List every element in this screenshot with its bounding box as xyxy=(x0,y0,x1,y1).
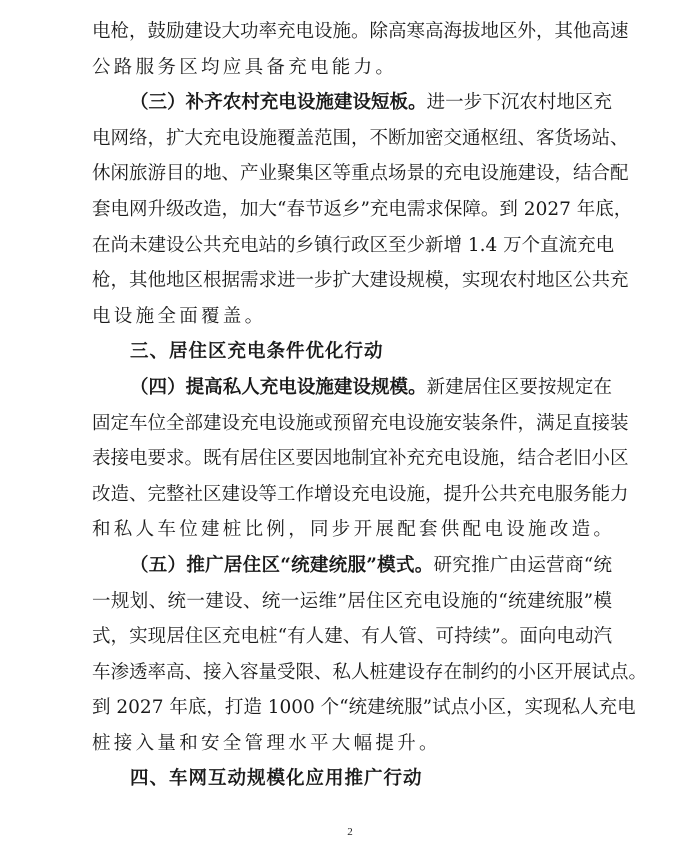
document-page: 电枪，鼓励建设大功率充电设施。除高寒高海拔地区外，其他高速 公路服务区均应具备充… xyxy=(92,14,612,797)
body-line: 枪，其他地区根据需求进一步扩大建设规模，实现农村地区公共充 xyxy=(92,263,612,299)
body-line: 表接电要求。既有居住区要因地制宜补充充电设施，结合老旧小区 xyxy=(92,441,612,477)
body-line: 电网络，扩大充电设施覆盖范围，不断加密交通枢纽、客货场站、 xyxy=(92,121,612,157)
body-text: 进一步下沉农村地区充 xyxy=(427,92,612,113)
body-line: 和私人车位建桩比例，同步开展配套供配电设施改造。 xyxy=(92,512,612,548)
body-line: 公路服务区均应具备充电能力。 xyxy=(92,50,612,86)
body-line: 一规划、统一建设、统一运维”居住区充电设施的“统建统服”模 xyxy=(92,584,612,620)
body-text: 研究推广由运营商“统 xyxy=(434,555,612,576)
body-line: 到 2027 年底，打造 1000 个“统建统服”试点小区，实现私人充电 xyxy=(92,690,612,726)
body-line: 电设施全面覆盖。 xyxy=(92,299,612,335)
body-line: 桩接入量和安全管理水平大幅提升。 xyxy=(92,726,612,762)
subsection-title: （五）推广居住区“统建统服”模式。 xyxy=(130,555,434,576)
body-line: 套电网升级改造，加大“春节返乡”充电需求保障。到 2027 年底， xyxy=(92,192,612,228)
body-line: 式，实现居住区充电桩“有人建、有人管、可持续”。面向电动汽 xyxy=(92,619,612,655)
body-line: 在尚未建设公共充电站的乡镇行政区至少新增 1.4 万个直流充电 xyxy=(92,228,612,264)
subsection-title: （三）补齐农村充电设施建设短板。 xyxy=(130,92,427,113)
body-line: 车渗透率高、接入容量受限、私人桩建设存在制约的小区开展试点。 xyxy=(92,655,612,691)
section-heading: 三、居住区充电条件优化行动 xyxy=(92,334,612,370)
section-heading: 四、车网互动规模化应用推广行动 xyxy=(92,761,612,797)
body-line: 电枪，鼓励建设大功率充电设施。除高寒高海拔地区外，其他高速 xyxy=(92,14,612,50)
page-number: 2 xyxy=(0,826,700,838)
body-line: 休闲旅游目的地、产业聚集区等重点场景的充电设施建设，结合配 xyxy=(92,156,612,192)
subsection-first-line: （三）补齐农村充电设施建设短板。进一步下沉农村地区充 xyxy=(92,85,612,121)
body-text: 新建居住区要按规定在 xyxy=(427,377,612,398)
subsection-title: （四）提高私人充电设施建设规模。 xyxy=(130,377,427,398)
subsection-first-line: （五）推广居住区“统建统服”模式。研究推广由运营商“统 xyxy=(92,548,612,584)
body-line: 改造、完整社区建设等工作增设充电设施，提升公共充电服务能力 xyxy=(92,477,612,513)
body-line: 固定车位全部建设充电设施或预留充电设施安装条件，满足直接装 xyxy=(92,406,612,442)
subsection-first-line: （四）提高私人充电设施建设规模。新建居住区要按规定在 xyxy=(92,370,612,406)
